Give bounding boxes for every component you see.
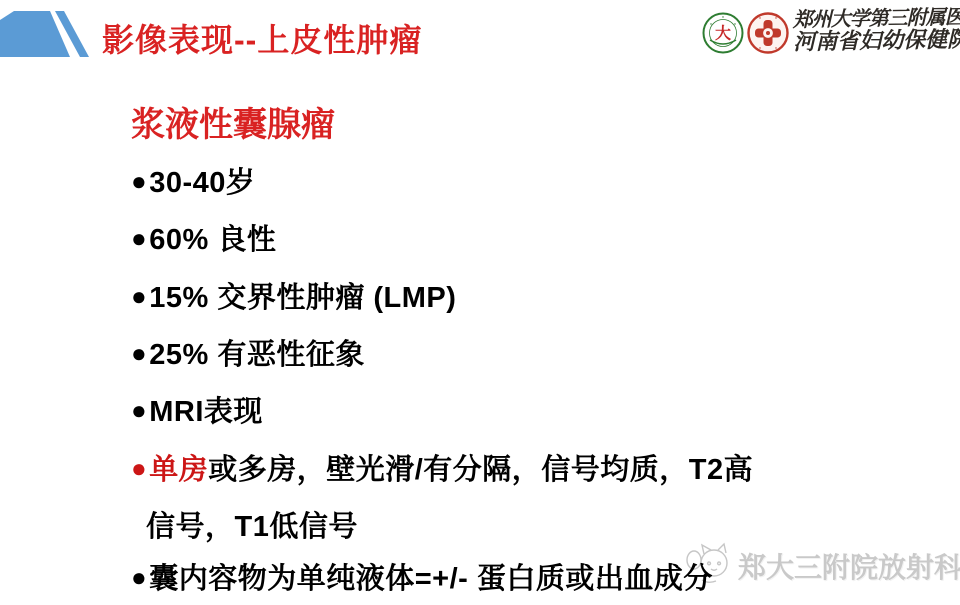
bullet-text: 15% 交界性肿瘤 (LMP) [149,282,456,314]
bullet-item-continuation: 信号，T1低信号 [146,504,358,545]
bullet-icon: ● [131,562,147,592]
bullet-item: ●30-40岁 [131,160,255,201]
bullet-icon: ● [131,395,147,425]
bullet-item: ●60% 良性 [131,217,276,258]
bullet-text-red: 单房 [149,454,208,486]
bullet-text: 囊内容物为单纯液体=+/- 蛋白质或出血成分 [149,563,713,595]
bullet-text: 25% 有恶性征象 [149,339,365,371]
bullet-text: 信号，T1低信号 [146,511,358,543]
bullet-text: MRI表现 [149,396,263,428]
bullet-text: 60% 良性 [149,224,276,256]
bullet-icon: ● [131,223,147,253]
bullet-text: 30-40岁 [149,167,255,199]
bullet-text: 或多房，壁光滑/有分隔，信号均质，T2高 [208,454,753,486]
bullet-icon: ● [131,281,147,311]
bullet-item: ●15% 交界性肿瘤 (LMP) [131,275,456,316]
section-heading: 浆液性囊腺瘤 [131,97,335,146]
bullet-icon: ● [131,453,147,483]
bullet-item: ●囊内容物为单纯液体=+/- 蛋白质或出血成分 [131,556,713,597]
bullet-item: ●MRI表现 [131,389,263,430]
slide-content: 浆液性囊腺瘤 ●30-40岁 ●60% 良性 ●15% 交界性肿瘤 (LMP) … [0,0,960,605]
bullet-item: ●单房或多房，壁光滑/有分隔，信号均质，T2高 [131,447,753,488]
slide: 影像表现--上皮性肿瘤 大 郑州大学第三附属医院 河南省妇幼保健院 [0,0,960,605]
bullet-icon: ● [131,166,147,196]
bullet-icon: ● [131,338,147,368]
bullet-item: ●25% 有恶性征象 [131,332,365,373]
